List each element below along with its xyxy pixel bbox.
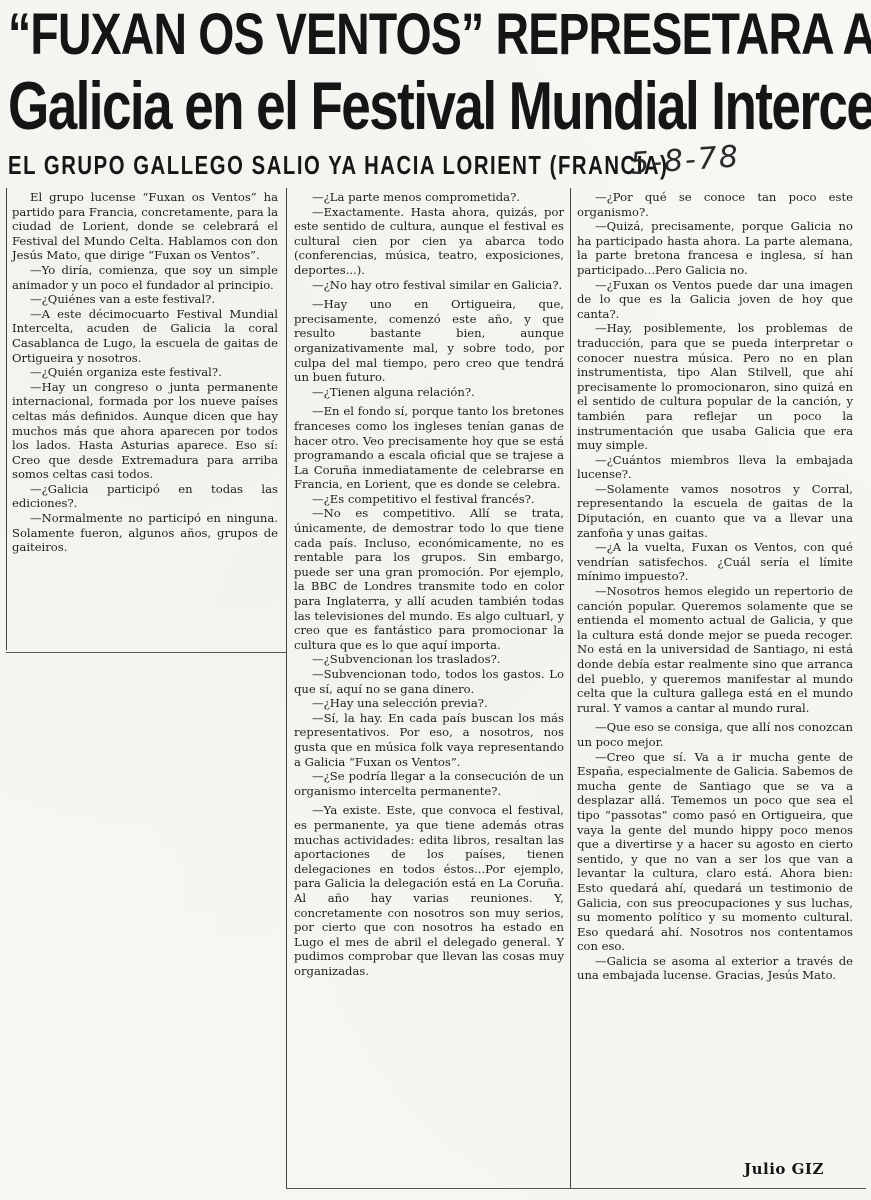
paragraph: —Hay uno en Ortigueira, que, precisament…	[294, 297, 564, 385]
paragraph: —Sí, la hay. En cada país buscan los más…	[294, 711, 564, 769]
paragraph: —¿Galicia participó en todas las edicion…	[12, 482, 278, 511]
paragraph: —No es competitivo. Allí se trata, única…	[294, 506, 564, 652]
paragraph: —Quizá, precisamente, porque Galicia no …	[577, 219, 853, 277]
paragraph: —Hay, posiblemente, los problemas de tra…	[577, 321, 853, 452]
paragraph: —Que eso se consiga, que allí nos conozc…	[577, 720, 853, 749]
paragraph: —Ya existe. Este, que convoca el festiva…	[294, 803, 564, 978]
paragraph: —Nosotros hemos elegido un repertorio de…	[577, 584, 853, 715]
headline-line-2: Galicia en el Festival Mundial Intercelt…	[8, 72, 671, 148]
paragraph: —En el fondo sí, porque tanto los breton…	[294, 404, 564, 492]
paragraph: —Normalmente no participó en ninguna. So…	[12, 511, 278, 555]
article-column-1: El grupo lucense “Fuxan os Ventos” ha pa…	[12, 190, 278, 555]
paragraph: —¿Por qué se conoce tan poco este organi…	[577, 190, 853, 219]
paragraph: —Solamente vamos nosotros y Corral, repr…	[577, 482, 853, 540]
paragraph: —¿Subvencionan los traslados?.	[294, 652, 564, 667]
paragraph: El grupo lucense “Fuxan os Ventos” ha pa…	[12, 190, 278, 263]
paragraph: —¿Quiénes van a este festival?.	[12, 292, 278, 307]
byline: Julio GIZ	[744, 1160, 824, 1178]
paragraph: —¿Fuxan os Ventos puede dar una imagen d…	[577, 278, 853, 322]
paragraph: —Subvencionan todo, todos los gastos. Lo…	[294, 667, 564, 696]
paragraph: —¿Cuántos miembros lleva la embajada luc…	[577, 453, 853, 482]
paragraph: —¿A la vuelta, Fuxan os Ventos, con qué …	[577, 540, 853, 584]
column-rule-2-3	[570, 188, 571, 1188]
column-rule-left-outer	[6, 188, 7, 650]
article-column-3: —¿Por qué se conoce tan poco este organi…	[577, 190, 853, 983]
paragraph: —¿Se podría llegar a la consecución de u…	[294, 769, 564, 798]
column-rule-1-2	[286, 188, 287, 1188]
newspaper-clipping: “FUXAN OS VENTOS” REPRESETARA A Galicia …	[0, 0, 871, 1200]
paragraph: —¿Tienen alguna relación?.	[294, 385, 564, 400]
paragraph: —Yo diría, comienza, que soy un simple a…	[12, 263, 278, 292]
paragraph: —Hay un congreso o junta permanente inte…	[12, 380, 278, 482]
handwritten-date: 5-8-78	[629, 139, 741, 182]
article-column-2: —¿La parte menos comprometida?. —Exactam…	[294, 190, 564, 978]
paragraph: —Exactamente. Hasta ahora, quizás, por e…	[294, 205, 564, 278]
paragraph: —¿Es competitivo el festival francés?.	[294, 492, 564, 507]
headline: “FUXAN OS VENTOS” REPRESETARA A Galicia …	[8, 6, 858, 148]
paragraph: —Galicia se asoma al exterior a través d…	[577, 954, 853, 983]
paragraph: —¿Quién organiza este festival?.	[12, 365, 278, 380]
paragraph: —¿Hay una selección previa?.	[294, 696, 564, 711]
paragraph: —A este décimocuarto Festival Mundial In…	[12, 307, 278, 365]
column-1-bottom-rule	[6, 652, 286, 653]
paragraph: —¿La parte menos comprometida?.	[294, 190, 564, 205]
headline-line-1: “FUXAN OS VENTOS” REPRESETARA A	[8, 6, 688, 70]
paragraph: —¿No hay otro festival similar en Galici…	[294, 278, 564, 293]
page-bottom-rule	[286, 1188, 866, 1189]
subheadline: EL GRUPO GALLEGO SALIO YA HACIA LORIENT …	[8, 150, 668, 181]
paragraph: —Creo que sí. Va a ir mucha gente de Esp…	[577, 750, 853, 954]
